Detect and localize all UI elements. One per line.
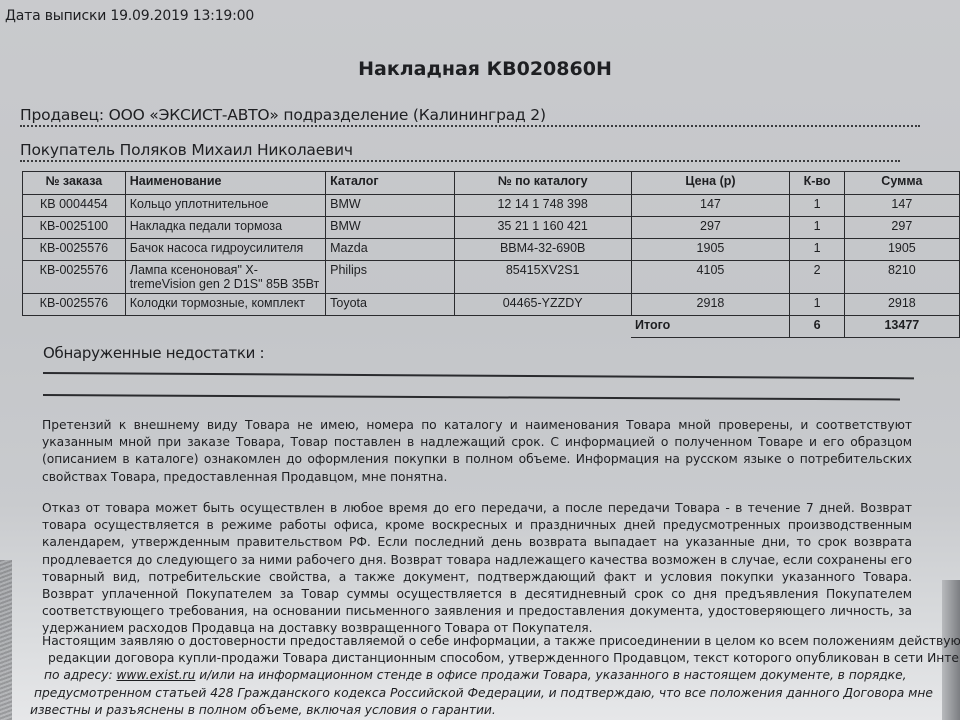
cell-qty: 1	[790, 195, 844, 217]
cell-sum: 8210	[844, 261, 959, 294]
cell-order: КВ-0025576	[23, 261, 126, 294]
cell-sum: 297	[844, 217, 959, 239]
paper-edge	[942, 580, 960, 720]
exist-link[interactable]: www.exist.ru	[116, 668, 195, 682]
paper-fold-shadow	[0, 560, 12, 720]
cell-qty: 1	[790, 239, 844, 261]
table-row: КВ 0004454Кольцо уплотнительноеBMW12 14 …	[23, 195, 960, 217]
cell-price: 297	[631, 217, 790, 239]
cell-catalog: Toyota	[326, 294, 455, 316]
col-part-no: № по каталогу	[454, 172, 631, 195]
col-sum: Сумма	[844, 172, 959, 195]
cell-price: 1905	[631, 239, 790, 261]
defects-label: Обнаруженные недостатки :	[43, 344, 264, 362]
cell-part-no: 04465-YZZDY	[454, 294, 631, 316]
cell-part-no: BBM4-32-690B	[454, 239, 631, 261]
buyer-line: Покупатель Поляков Михаил Николаевич	[20, 141, 900, 162]
declaration-line-4: предусмотренном статьей 428 Гражданского…	[30, 685, 910, 702]
cell-name: Кольцо уплотнительное	[125, 195, 325, 217]
cell-catalog: Philips	[326, 261, 455, 294]
cell-part-no: 12 14 1 748 398	[454, 195, 631, 217]
cell-catalog: BMW	[326, 195, 455, 217]
cell-name: Лампа ксеноновая" X-tremeVision gen 2 D1…	[125, 261, 325, 294]
cell-name: Бачок насоса гидроусилителя	[125, 239, 325, 261]
seller-line: Продавец: ООО «ЭКСИСТ-АВТО» подразделени…	[20, 106, 920, 127]
cell-order: КВ 0004454	[23, 195, 126, 217]
cell-catalog: BMW	[326, 217, 455, 239]
total-qty: 6	[790, 316, 844, 338]
cell-order: КВ-0025576	[23, 294, 126, 316]
table-row: КВ-0025576Бачок насоса гидроусилителяMaz…	[23, 239, 960, 261]
cell-price: 147	[631, 195, 790, 217]
cell-qty: 1	[790, 217, 844, 239]
declaration-line-1: Настоящим заявляю о достоверности предос…	[30, 633, 910, 650]
table-header-row: № заказа Наименование Каталог № по катал…	[23, 172, 960, 195]
paragraph-declaration: Настоящим заявляю о достоверности предос…	[30, 633, 910, 719]
cell-sum: 1905	[844, 239, 959, 261]
paragraph-acceptance: Претензий к внешнему виду Товара не имею…	[42, 417, 912, 486]
document-title: Накладная КВ020860Н	[0, 58, 960, 80]
table-row: КВ-0025100Накладка педали тормозаBMW35 2…	[23, 217, 960, 239]
col-catalog: Каталог	[326, 172, 455, 195]
cell-part-no: 35 21 1 160 421	[454, 217, 631, 239]
cell-sum: 2918	[844, 294, 959, 316]
defect-line-2	[43, 394, 900, 400]
cell-qty: 2	[790, 261, 844, 294]
declaration-line-5: известны и разъяснены в полном объеме, в…	[30, 702, 910, 719]
declaration-line-2: редакции договора купли-продажи Товара д…	[30, 650, 910, 667]
cell-price: 2918	[631, 294, 790, 316]
col-price: Цена (р)	[631, 172, 790, 195]
cell-catalog: Mazda	[326, 239, 455, 261]
cell-part-no: 85415XV2S1	[454, 261, 631, 294]
declaration-line-3: по адресу: www.exist.ru и/или на информа…	[30, 667, 910, 684]
items-table: № заказа Наименование Каталог № по катал…	[22, 171, 960, 338]
total-label: Итого	[631, 316, 790, 338]
cell-name: Накладка педали тормоза	[125, 217, 325, 239]
col-order: № заказа	[23, 172, 126, 195]
total-sum: 13477	[844, 316, 959, 338]
col-name: Наименование	[125, 172, 325, 195]
col-qty: К-во	[790, 172, 844, 195]
table-row: КВ-0025576Лампа ксеноновая" X-tremeVisio…	[23, 261, 960, 294]
issue-date: Дата выписки 19.09.2019 13:19:00	[5, 8, 254, 24]
cell-qty: 1	[790, 294, 844, 316]
cell-order: КВ-0025100	[23, 217, 126, 239]
table-row: КВ-0025576Колодки тормозные, комплектToy…	[23, 294, 960, 316]
defect-line-1	[43, 372, 914, 379]
cell-sum: 147	[844, 195, 959, 217]
paragraph-return-policy: Отказ от товара может быть осуществлен в…	[42, 500, 912, 638]
total-row: Итого 6 13477	[23, 316, 960, 338]
cell-order: КВ-0025576	[23, 239, 126, 261]
cell-price: 4105	[631, 261, 790, 294]
cell-name: Колодки тормозные, комплект	[125, 294, 325, 316]
